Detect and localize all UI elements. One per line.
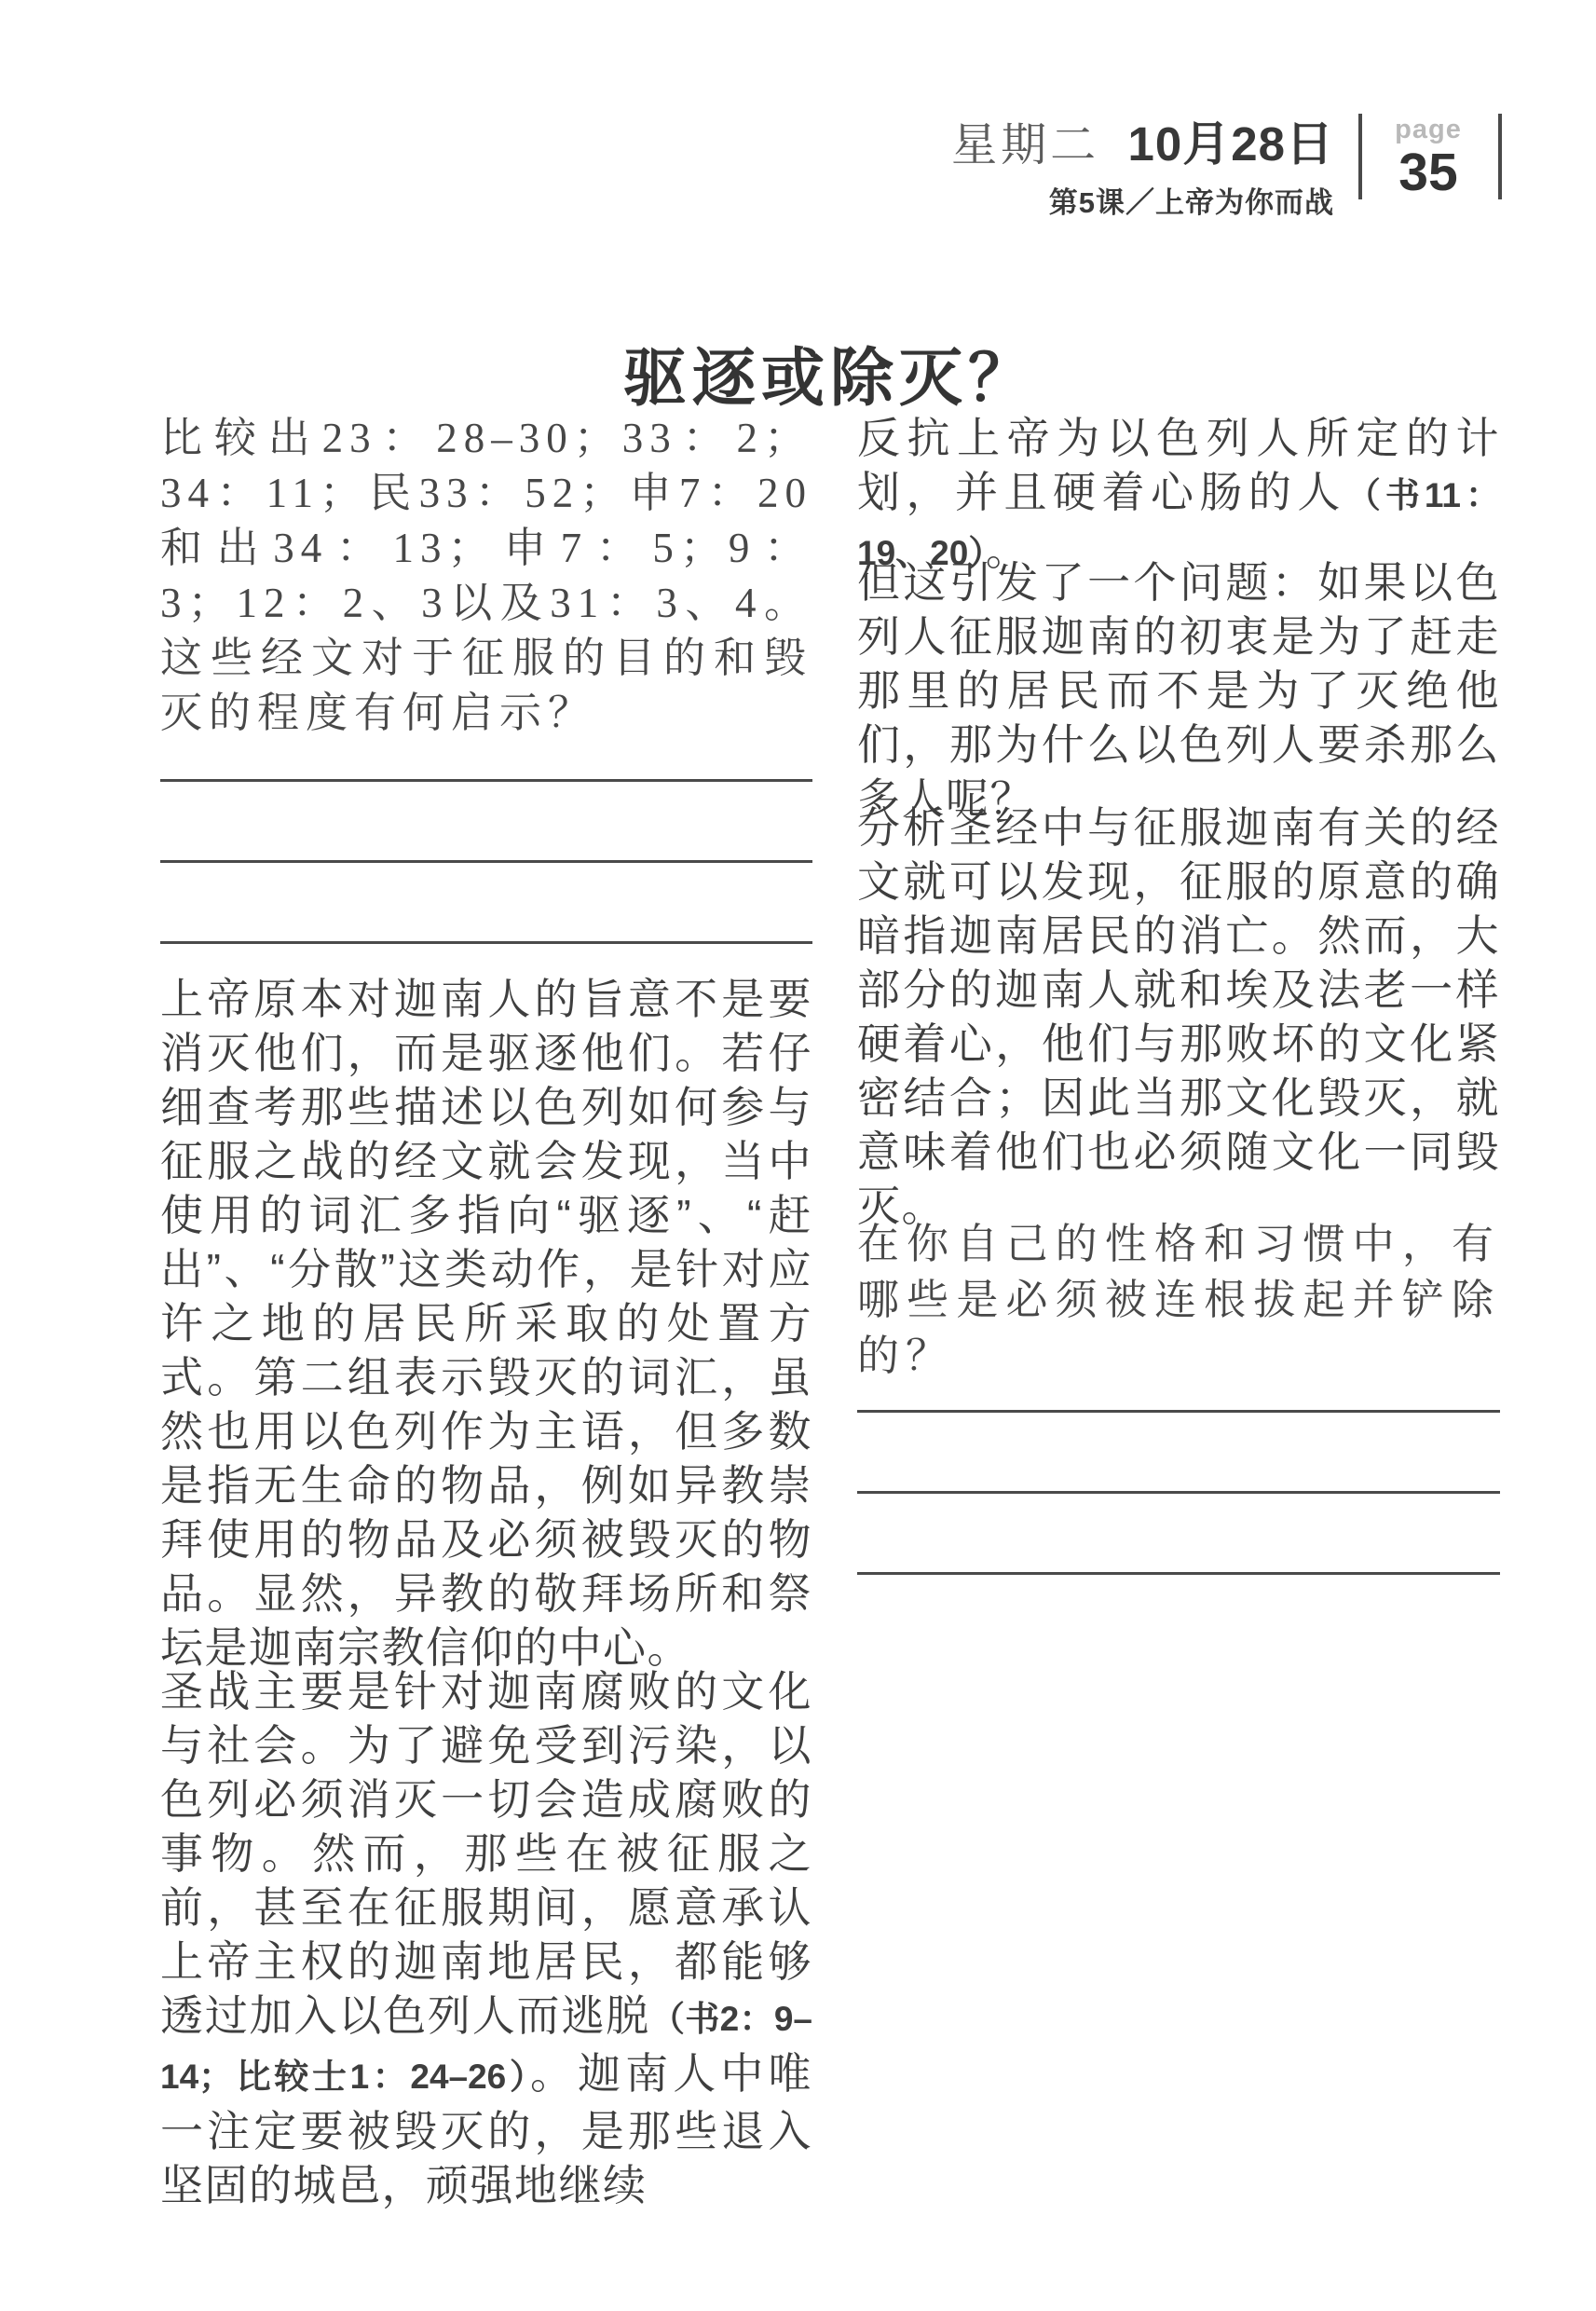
- body-paragraph-4: 但这引发了一个问题：如果以色列人征服迦南的初衷是为了赶走那里的居民而不是为了灭绝…: [857, 555, 1500, 772]
- right-column: 反抗上帝为以色列人所定的计划，并且硬着心肠的人（书11：19、20）。 但这引发…: [857, 411, 1500, 1575]
- date-label: 10月28日: [1128, 117, 1334, 171]
- body-paragraph-3: 反抗上帝为以色列人所定的计划，并且硬着心肠的人（书11：19、20）。: [857, 411, 1500, 519]
- answer-line: [857, 1494, 1500, 1575]
- page-number-block: page 35: [1368, 116, 1489, 199]
- body-paragraph-2: 圣战主要是针对迦南腐败的文化与社会。为了避免受到污染，以色列必须消灭一切会造成腐…: [160, 1664, 812, 2212]
- left-column: 比较出23：28–30；33：2；34：11；民33：52；申7：20和出34：…: [160, 411, 812, 2212]
- header-divider-left: [1358, 114, 1362, 199]
- reflection-question: 在你自己的性格和习惯中，有哪些是必须被连根拔起并铲除的？: [857, 1216, 1500, 1328]
- study-question-left: 比较出23：28–30；33：2；34：11；民33：52；申7：20和出34：…: [160, 411, 812, 686]
- weekday-label: 星期二: [951, 120, 1099, 171]
- body-paragraph-5: 分析圣经中与征服迦南有关的经文就可以发现，征服的原意的确暗指迦南居民的消亡。然而…: [857, 800, 1500, 1179]
- answer-line: [857, 1413, 1500, 1494]
- header-divider-right: [1498, 114, 1502, 199]
- page-header: 星期二 10月28日 第5课／上帝为你而战: [951, 117, 1334, 221]
- body-paragraph-2-text: 圣战主要是针对迦南腐败的文化与社会。为了避免受到污染，以色列必须消灭一切会造成腐…: [160, 1667, 812, 2040]
- header-date-row: 星期二 10月28日: [951, 117, 1334, 184]
- body-paragraph-1: 上帝原本对迦南人的旨意不是要消灭他们，而是驱逐他们。若仔细查考那些描述以色列如何…: [160, 972, 812, 1620]
- page-title: 驱逐或除灭？: [160, 341, 1500, 416]
- answer-line: [160, 782, 812, 863]
- page-number: 35: [1368, 145, 1489, 199]
- answer-line: [160, 863, 812, 944]
- lesson-title: 第5课／上帝为你而战: [951, 185, 1334, 221]
- page-label: page: [1368, 116, 1489, 144]
